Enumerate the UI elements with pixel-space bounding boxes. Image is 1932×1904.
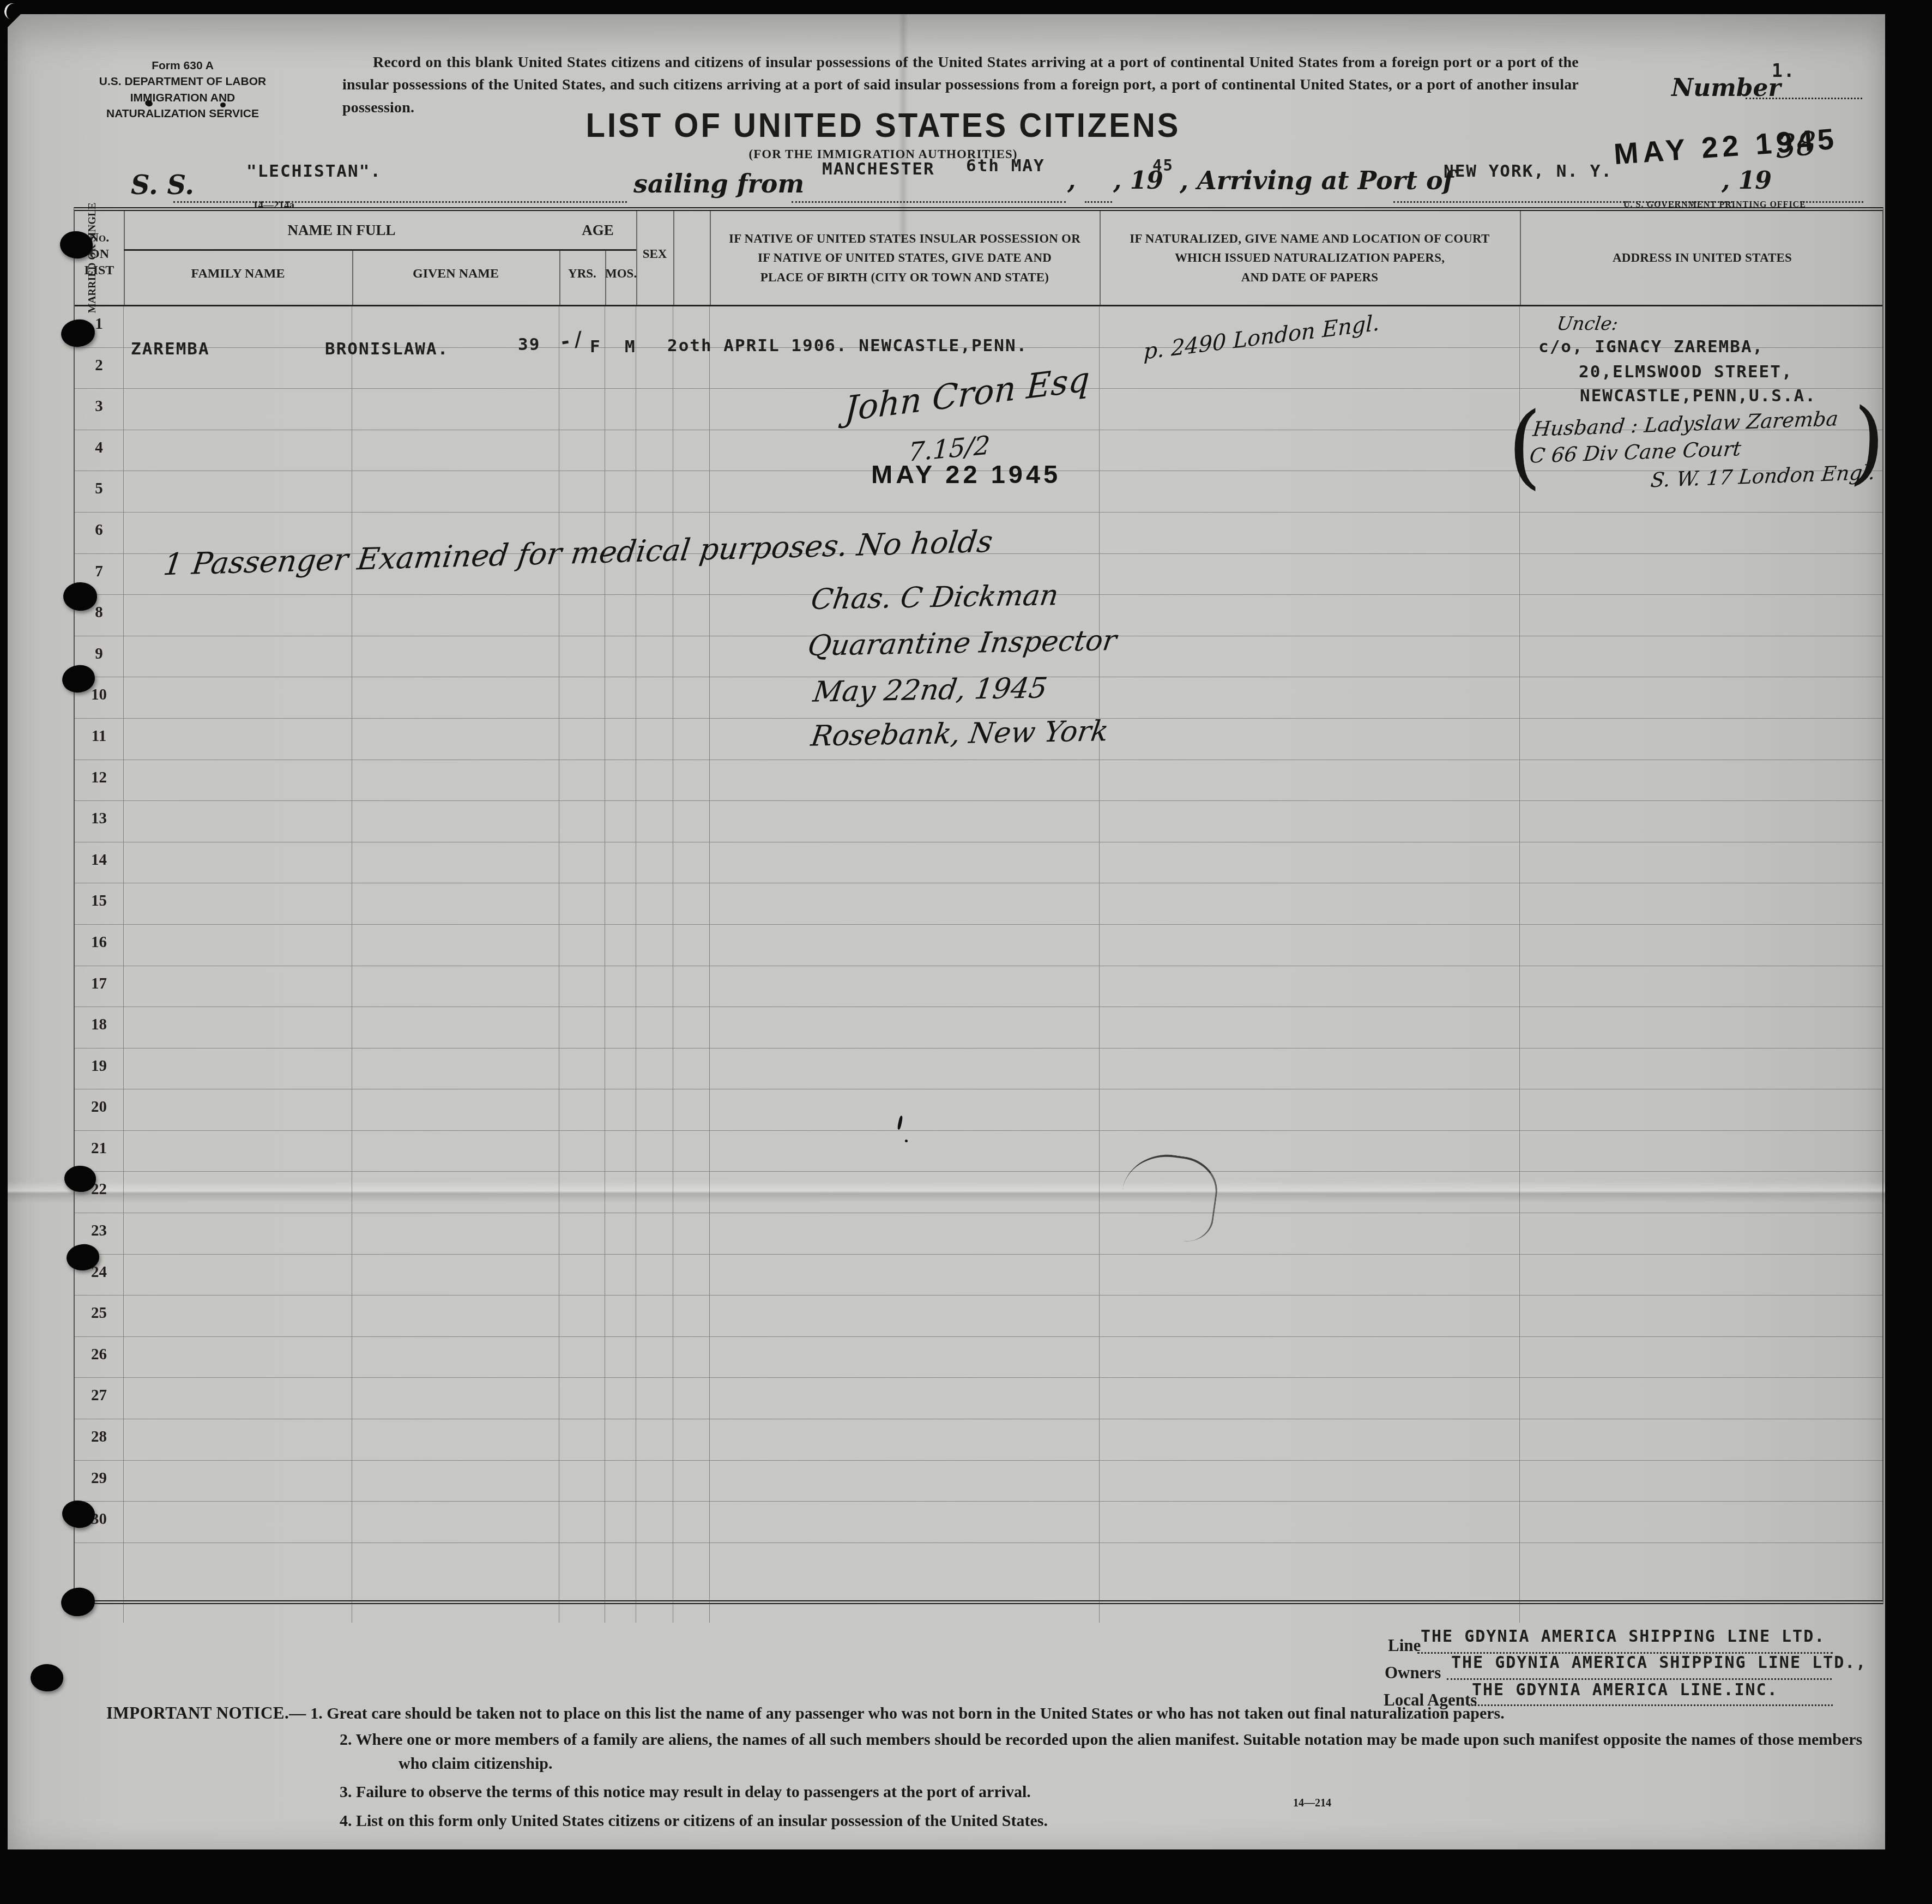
table-cell [710,1007,1100,1048]
row-number-cell: 28 [75,1419,124,1460]
table-cell [352,636,559,677]
form-number: Form 630 A [61,58,304,74]
married-or-single-label: MARRIED OR SINGLE [87,203,99,314]
table-cell [1100,1378,1520,1419]
table-cell [636,842,673,883]
sailing-year: 45 [1152,156,1174,174]
table-cell [673,1131,710,1172]
table-cell [1100,1255,1520,1296]
table-cell [1520,513,1885,553]
scanned-manifest-page: Form 630 A U.S. DEPARTMENT OF LABOR IMMI… [0,0,1932,1904]
table-cell [673,1543,710,1623]
table-tail-row [75,1543,1882,1623]
table-cell [710,1049,1100,1089]
table-cell [1100,636,1520,677]
row-number-cell: 14 [75,842,124,883]
table-cell [559,966,605,1007]
table-cell [124,760,352,801]
table-cell [559,1378,605,1419]
notice-item-3: 3. Failure to observe the terms of this … [340,1780,1873,1804]
table-cell [559,1213,605,1254]
row-number-cell: 4 [75,430,124,471]
table-cell [673,883,710,924]
table-cell [673,1089,710,1130]
table-cell [1520,595,1885,636]
table-cell [1100,1049,1520,1089]
row1-given-name: BRONISLAWA. [325,339,449,359]
table-cell [352,389,559,430]
table-cell [1100,966,1520,1007]
table-cell [605,1049,636,1089]
table-cell [673,1296,710,1336]
arrival-port: NEW YORK, N. Y. [1444,161,1613,181]
table-cell [1520,1172,1885,1213]
table-cell [636,1089,673,1130]
row-number-cell: 25 [75,1296,124,1336]
table-row: 20 [75,1089,1882,1131]
table-cell [605,925,636,966]
row-number-cell: 29 [75,1461,124,1502]
table-row: 14 [75,842,1882,884]
row-number-cell: 11 [75,719,124,760]
table-cell [710,1378,1100,1419]
row-number-cell: 6 [75,513,124,553]
table-cell [673,966,710,1007]
table-cell [559,1172,605,1213]
table-cell [636,966,673,1007]
table-cell [352,760,559,801]
table-cell [1520,636,1885,677]
table-cell [559,1543,605,1623]
table-cell [124,471,352,512]
table-cell [605,842,636,883]
table-cell [1100,1419,1520,1460]
table-cell [1100,1543,1520,1623]
table-cell [636,1296,673,1336]
row-number-cell: 12 [75,760,124,801]
local-agents-value: THE GDYNIA AMERICA LINE.INC. [1472,1680,1778,1700]
table-cell [1520,1502,1885,1543]
table-cell [559,430,605,471]
table-cell [710,1213,1100,1254]
table-cell [559,1131,605,1172]
table-cell [559,925,605,966]
table-cell [605,389,636,430]
table-cell [673,595,710,636]
table-cell [636,636,673,677]
table-cell [559,1502,605,1543]
table-cell [673,925,710,966]
notice-line1: IMPORTANT NOTICE.— 1. Great care should … [106,1703,1873,1723]
table-cell [636,471,673,512]
table-cell [352,925,559,966]
important-notice: IMPORTANT NOTICE.— 1. Great care should … [106,1703,1873,1833]
sailing-date: 6th MAY [966,156,1045,176]
table-row: 24 [75,1255,1882,1296]
table-cell [124,1131,352,1172]
table-cell [636,1255,673,1296]
table-cell [673,719,710,760]
table-cell [710,1461,1100,1502]
table-cell [673,1049,710,1089]
table-cell [605,677,636,718]
table-cell [673,1213,710,1254]
table-cell [559,677,605,718]
table-cell [673,801,710,842]
table-cell [352,1255,559,1296]
table-cell [710,1502,1100,1543]
table-cell [559,1049,605,1089]
table-cell [124,842,352,883]
department-name: U.S. DEPARTMENT OF LABOR [61,74,304,89]
table-cell [710,842,1100,883]
table-row: 30 [75,1502,1882,1543]
form-identifier: Form 630 A U.S. DEPARTMENT OF LABOR IMMI… [61,58,304,122]
table-cell [636,389,673,430]
table-cell [605,1007,636,1048]
table-cell [1520,925,1885,966]
sailing-port: MANCHESTER [822,159,935,179]
table-cell [673,636,710,677]
header-vline [124,211,125,305]
table-cell [636,719,673,760]
table-cell [605,1378,636,1419]
col-header-name-in-full: NAME IN FULL [124,222,559,239]
table-cell [605,1337,636,1378]
col-header-family-name: FAMILY NAME [124,267,352,281]
table-row: 13 [75,801,1882,842]
table-cell [1100,595,1520,636]
table-cell [559,595,605,636]
table-cell [559,471,605,512]
table-cell [124,1213,352,1254]
table-cell [124,677,352,718]
table-cell [124,1502,352,1543]
table-cell [1520,1337,1885,1378]
owners-value: THE GDYNIA AMERICA SHIPPING LINE LTD., [1451,1653,1867,1672]
row-number-cell: 17 [75,966,124,1007]
table-cell [673,1172,710,1213]
notice-item-4: 4. List on this form only United States … [340,1809,1873,1833]
table-cell [352,966,559,1007]
table-cell [1100,471,1520,512]
table-cell [352,842,559,883]
table-cell [636,1419,673,1460]
table-cell [559,801,605,842]
row1-address-line2: 20,ELMSWOOD STREET, [1579,362,1793,382]
table-cell [1100,430,1520,471]
col-header-age: AGE [559,222,636,239]
table-cell [352,471,559,512]
table-cell [352,677,559,718]
ink-speck [220,103,226,107]
table-row: 27 [75,1378,1882,1419]
col-header-address: ADDRESS IN UNITED STATES [1520,211,1885,305]
table-cell [1100,389,1520,430]
owners-blank-line [1447,1678,1832,1680]
row-number-cell: 5 [75,471,124,512]
table-cell [124,1378,352,1419]
table-cell [124,966,352,1007]
table-cell [559,760,605,801]
header-vline [1520,211,1521,305]
table-cell [605,1131,636,1172]
table-cell [124,1296,352,1336]
table-cell [605,1172,636,1213]
header-vline [710,211,711,305]
table-cell [559,389,605,430]
table-cell [352,1378,559,1419]
table-cell [124,389,352,430]
table-cell [1520,760,1885,801]
table-cell [605,1502,636,1543]
table-cell [1520,1131,1885,1172]
table-cell [673,760,710,801]
table-cell [1100,925,1520,966]
inspector-title: Quarantine Inspector [806,624,1119,662]
table-cell [636,1502,673,1543]
table-cell [605,1419,636,1460]
table-cell [1100,513,1520,553]
table-cell [605,1255,636,1296]
table-cell [1520,1543,1885,1623]
table-cell [673,677,710,718]
col-header-sex: SEX [636,247,673,261]
inspection-place: Rosebank, New York [809,715,1110,753]
table-cell [352,1502,559,1543]
table-cell [559,842,605,883]
table-cell [605,1089,636,1130]
table-cell [352,1131,559,1172]
table-cell [1520,1007,1885,1048]
table-row: 25 [75,1296,1882,1337]
line-label: Line [1388,1636,1421,1655]
row-number-cell: 26 [75,1337,124,1378]
line-value: THE GDYNIA AMERICA SHIPPING LINE LTD. [1421,1627,1825,1646]
plate-code-bottom: 14—214 [1293,1797,1331,1810]
table-cell [124,1089,352,1130]
notice-item-2: 2. Where one or more members of a family… [340,1728,1873,1775]
row1-age-months-mark: -/ [558,327,587,354]
table-cell [124,1543,352,1623]
table-cell [1520,1213,1885,1254]
table-cell [124,1172,352,1213]
table-cell [673,842,710,883]
table-cell [559,1461,605,1502]
table-cell [124,1255,352,1296]
table-cell [352,1296,559,1336]
table-cell [605,1461,636,1502]
row1-birth-date-place: 2oth APRIL 1906. NEWCASTLE,PENN. [667,336,1028,356]
table-cell [673,1461,710,1502]
table-cell [559,636,605,677]
table-cell [605,801,636,842]
page-title: LIST OF UNITED STATES CITIZENS [534,105,1232,144]
table-cell [605,966,636,1007]
owners-label: Owners [1385,1663,1441,1683]
ship-name-blank-line [173,201,627,203]
table-cell [352,1049,559,1089]
table-cell [1100,1502,1520,1543]
table-cell [352,1419,559,1460]
arrival-year-blank-line [1800,201,1863,203]
row1-address-line3: NEWCASTLE,PENN,U.S.A. [1580,386,1816,406]
table-cell [710,966,1100,1007]
notice-label: IMPORTANT NOTICE.— [106,1703,306,1722]
table-cell [352,595,559,636]
row1-married-or-single: M [625,337,636,357]
row1-address-line1: c/o, IGNACY ZAREMBA, [1538,337,1764,357]
table-cell [1520,677,1885,718]
table-row: 18 [75,1007,1882,1049]
table-cell [636,1172,673,1213]
table-header: No. ON LIST NAME IN FULL AGE FAMILY NAME… [75,211,1882,306]
table-row: 29 [75,1461,1882,1502]
table-row: 15 [75,883,1882,925]
table-cell [559,1089,605,1130]
table-cell [673,471,710,512]
table-cell [673,389,710,430]
header-vline [636,211,637,305]
table-cell [673,1337,710,1378]
sailing-from-label: sailing from [633,169,804,198]
table-cell [636,1131,673,1172]
table-cell [124,801,352,842]
table-row: 19 [75,1049,1882,1090]
table-cell [636,760,673,801]
table-cell [352,1213,559,1254]
printed-comma: , [1067,167,1076,195]
table-cell [710,1337,1100,1378]
table-cell [636,1378,673,1419]
table-cell [1520,1296,1885,1336]
row1-sex: F [590,337,601,357]
table-cell [710,1172,1100,1213]
row1-address-relation-note: Uncle: [1555,313,1620,335]
table-cell [352,1089,559,1130]
table-cell [710,760,1100,801]
table-cell [710,1296,1100,1336]
table-cell [605,471,636,512]
table-cell [352,883,559,924]
header-vline [673,211,674,305]
table-cell [673,1502,710,1543]
table-cell [1520,883,1885,924]
ss-label: S. S. [131,170,194,201]
table-cell [1520,1378,1885,1419]
table-cell [1100,1337,1520,1378]
table-cell [352,801,559,842]
sailing-port-blank-line [792,201,1066,203]
table-cell [710,883,1100,924]
table-cell [636,883,673,924]
table-cell [1100,760,1520,801]
table-cell [559,1296,605,1336]
table-cell [1100,677,1520,718]
table-cell [124,1461,352,1502]
table-cell [1520,966,1885,1007]
arrival-handwritten-number: 38 [1776,124,1816,166]
table-cell [636,677,673,718]
table-cell [636,1213,673,1254]
table-cell [1520,1461,1885,1502]
husband-note-close-paren: ) [1848,389,1888,496]
table-cell [605,1296,636,1336]
table-cell [1100,1089,1520,1130]
table-cell [559,883,605,924]
table-cell [352,1461,559,1502]
row-number-cell: 19 [75,1049,124,1089]
col-header-given-name: GIVEN NAME [352,267,559,281]
table-cell [124,636,352,677]
table-cell [673,1255,710,1296]
table-cell [352,430,559,471]
table-cell [710,1255,1100,1296]
table-cell [1100,1296,1520,1336]
row-number-cell: 27 [75,1378,124,1419]
table-row: 17 [75,966,1882,1008]
col-header-naturalization: IF NATURALIZED, GIVE NAME AND LOCATION O… [1100,211,1520,305]
col-header-mos: MOS. [605,267,636,281]
agency-name-line1: IMMIGRATION AND [61,90,304,106]
table-cell [352,1543,559,1623]
sailing-date-blank-line [1085,201,1112,203]
table-cell [352,1007,559,1048]
date-stamp: MAY 22 1945 [871,459,1061,489]
table-cell [710,1131,1100,1172]
table-cell [636,595,673,636]
table-cell [559,1337,605,1378]
table-cell [352,1172,559,1213]
table-cell [124,1419,352,1460]
table-cell [1520,1089,1885,1130]
table-cell [1520,1419,1885,1460]
table-cell [605,1213,636,1254]
table-cell [1100,719,1520,760]
row-number-cell: 16 [75,925,124,966]
table-cell [673,430,710,471]
table-cell [636,925,673,966]
table-cell [710,925,1100,966]
row-number-cell: 15 [75,883,124,924]
table-cell [124,883,352,924]
number-value: 1. [1772,60,1796,81]
header-vline [352,250,353,305]
table-cell [636,430,673,471]
notice-item-1: 1. Great care should be taken not to pla… [310,1704,1504,1722]
table-cell [605,1543,636,1623]
table-cell [605,883,636,924]
row-number-cell: 13 [75,801,124,842]
number-blank-line [1746,98,1862,99]
table-cell [559,1007,605,1048]
table-row: 16 [75,925,1882,966]
ship-name: "LECHISTAN". [246,161,382,181]
table-cell [1100,1007,1520,1048]
table-cell [673,1419,710,1460]
table-cell [636,1337,673,1378]
table-cell [673,1378,710,1419]
table-row: 28 [75,1419,1882,1461]
table-row: 26 [75,1337,1882,1378]
table-cell [559,719,605,760]
ink-speck [905,1140,908,1142]
table-cell [559,1419,605,1460]
table-cell [605,719,636,760]
table-cell [710,1543,1100,1623]
table-cell [605,636,636,677]
table-cell [710,1089,1100,1130]
